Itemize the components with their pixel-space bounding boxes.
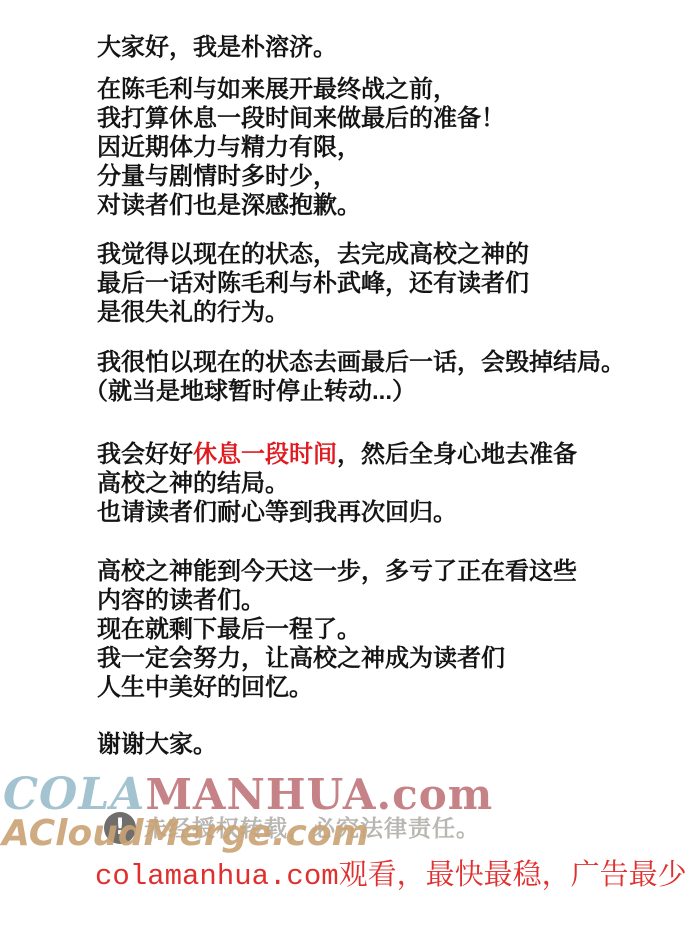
manga-author-note-page: 大家好，我是朴溶济。 在陈毛利与如来展开最终战之前， 我打算休息一段时间来做最后… [0, 0, 690, 930]
paragraph-fear-of-ruin: 我很怕以现在的状态去画最后一话，会毁掉结局。 （就当是地球暂时停止转动...） [97, 348, 662, 406]
text-line: 高校之神的结局。 [97, 469, 662, 498]
paragraph-greeting: 大家好，我是朴溶济。 [97, 33, 662, 62]
paragraph-current-state: 我觉得以现在的状态，去完成高校之神的 最后一话对陈毛利与朴武峰，还有读者们 是很… [97, 240, 662, 327]
text-line: 内容的读者们。 [97, 586, 662, 615]
site-promo-text: colamanhua.com观看，最快最稳，广告最少 [95, 860, 687, 894]
text-line: 我一定会努力，让高校之神成为读者们 [97, 644, 662, 673]
text-line: 对读者们也是深感抱歉。 [97, 191, 662, 220]
text-line: 因近期体力与精力有限， [97, 133, 662, 162]
text-line: （就当是地球暂时停止转动...） [84, 377, 662, 406]
text-line: 也请读者们耐心等到我再次回归。 [97, 498, 662, 527]
text-line: 人生中美好的回忆。 [97, 673, 662, 702]
text-line: 我打算休息一段时间来做最后的准备！ [97, 104, 662, 133]
text-line: 分量与剧情时多时少， [97, 162, 662, 191]
text-line: 我觉得以现在的状态，去完成高校之神的 [97, 240, 662, 269]
paragraph-thanks-readers: 高校之神能到今天这一步，多亏了正在看这些 内容的读者们。 现在就剩下最后一程了。… [97, 557, 662, 702]
text-line: 高校之神能到今天这一步，多亏了正在看这些 [97, 557, 662, 586]
text-line: 在陈毛利与如来展开最终战之前， [97, 75, 662, 104]
author-note: 大家好，我是朴溶济。 在陈毛利与如来展开最终战之前， 我打算休息一段时间来做最后… [97, 33, 662, 759]
text-line: 谢谢大家。 [97, 730, 662, 759]
highlighted-text: 休息一段时间 [193, 441, 337, 468]
paragraph-hiatus-announcement: 在陈毛利与如来展开最终战之前， 我打算休息一段时间来做最后的准备！ 因近期体力与… [97, 75, 662, 220]
text-line: 现在就剩下最后一程了。 [97, 615, 662, 644]
text-line: 是很失礼的行为。 [97, 298, 662, 327]
text-line: 最后一话对陈毛利与朴武峰，还有读者们 [97, 269, 662, 298]
paragraph-rest-plan: 我会好好休息一段时间，然后全身心地去准备 高校之神的结局。 也请读者们耐心等到我… [97, 440, 662, 527]
text-segment: 我会好好 [97, 441, 193, 468]
paragraph-farewell: 谢谢大家。 [97, 730, 662, 759]
text-line-highlighted: 我会好好休息一段时间，然后全身心地去准备 [97, 440, 662, 469]
text-segment: ，然后全身心地去准备 [337, 441, 577, 468]
text-line: 大家好，我是朴溶济。 [97, 33, 662, 62]
watermark-acloudmerge: ACloudMerge.com [2, 812, 369, 856]
text-line: 我很怕以现在的状态去画最后一话，会毁掉结局。 [97, 348, 662, 377]
